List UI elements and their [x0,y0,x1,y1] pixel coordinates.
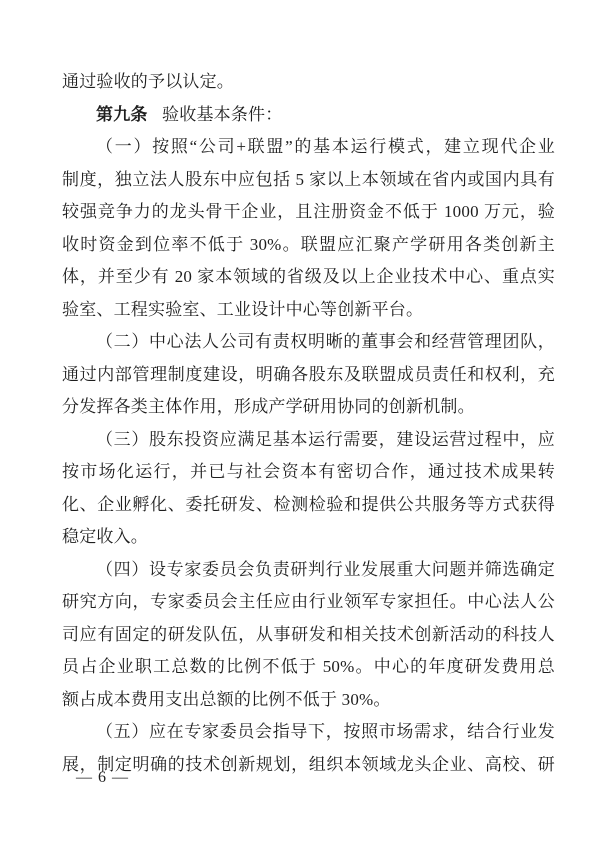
line-text: 稳定收入。 [62,527,148,546]
text-line: 分发挥各类主体作用，形成产学研用协同的创新机制。 [62,391,555,424]
line-text: 分发挥各类主体作用，形成产学研用协同的创新机制。 [62,397,475,416]
line-text: 验室、工程实验室、工业设计中心等创新平台。 [62,300,423,319]
line-text: 员占企业职工总数的比例不低于 50%。中心的年度研发费用总 [62,657,555,676]
text-line: （三）股东投资应满足基本运行需要，建设运营过程中，应 [62,424,555,457]
text-line: 较强竞争力的龙头骨干企业，且注册资金不低于 1000 万元，验 [62,196,555,229]
line-text: 按市场化运行，并已与社会资本有密切合作，通过技术成果转 [62,462,555,481]
text-line: 通过验收的予以认定。 [62,66,555,99]
line-text: 司应有固定的研发队伍，从事研发和相关技术创新活动的科技人 [62,625,555,644]
line-text: 展，制定明确的技术创新规划，组织本领域龙头企业、高校、研 [62,755,555,774]
line-text: 收时资金到位率不低于 30%。联盟应汇聚产学研用各类创新主 [62,235,555,254]
text-line: （五）应在专家委员会指导下，按照市场需求，结合行业发 [62,716,555,749]
text-line: 展，制定明确的技术创新规划，组织本领域龙头企业、高校、研 [62,749,555,782]
article-number-label: 第九条 [96,105,148,124]
text-line: 员占企业职工总数的比例不低于 50%。中心的年度研发费用总 [62,651,555,684]
document-page: 通过验收的予以认定。第九条验收基本条件：（一）按照“公司+联盟”的基本运行模式，… [0,0,616,851]
text-line: 按市场化运行，并已与社会资本有密切合作，通过技术成果转 [62,456,555,489]
text-line: 第九条验收基本条件： [62,99,555,132]
line-text: 研究方向，专家委员会主任应由行业领军专家担任。中心法人公 [62,592,555,611]
text-line: （四）设专家委员会负责研判行业发展重大问题并筛选确定 [62,554,555,587]
line-text: （三）股东投资应满足基本运行需要，建设运营过程中，应 [96,430,555,449]
line-text: （四）设专家委员会负责研判行业发展重大问题并筛选确定 [96,560,555,579]
line-text: 制度，独立法人股东中应包括 5 家以上本领域在省内或国内具有 [62,170,555,189]
line-text: （二）中心法人公司有责权明晰的董事会和经营管理团队， [96,332,555,351]
text-line: 收时资金到位率不低于 30%。联盟应汇聚产学研用各类创新主 [62,229,555,262]
line-text: 验收基本条件： [162,105,282,124]
line-text: 通过内部管理制度建设，明确各股东及联盟成员责任和权利，充 [62,365,555,384]
line-text: （五）应在专家委员会指导下，按照市场需求，结合行业发 [96,722,555,741]
text-line: 化、企业孵化、委托研发、检测检验和提供公共服务等方式获得 [62,489,555,522]
text-line: （一）按照“公司+联盟”的基本运行模式，建立现代企业 [62,131,555,164]
text-line: 稳定收入。 [62,521,555,554]
text-line: 额占成本费用支出总额的比例不低于 30%。 [62,684,555,717]
text-line: 研究方向，专家委员会主任应由行业领军专家担任。中心法人公 [62,586,555,619]
text-line: （二）中心法人公司有责权明晰的董事会和经营管理团队， [62,326,555,359]
text-line: 验室、工程实验室、工业设计中心等创新平台。 [62,294,555,327]
line-text: 额占成本费用支出总额的比例不低于 30%。 [62,690,391,709]
text-line: 司应有固定的研发队伍，从事研发和相关技术创新活动的科技人 [62,619,555,652]
line-text: 通过验收的予以认定。 [62,72,234,91]
line-text: 化、企业孵化、委托研发、检测检验和提供公共服务等方式获得 [62,495,555,514]
line-text: （一）按照“公司+联盟”的基本运行模式，建立现代企业 [96,137,555,156]
line-text: 较强竞争力的龙头骨干企业，且注册资金不低于 1000 万元，验 [62,202,555,221]
document-body: 通过验收的予以认定。第九条验收基本条件：（一）按照“公司+联盟”的基本运行模式，… [62,66,555,781]
page-number: — 6 — [76,766,129,790]
text-line: 制度，独立法人股东中应包括 5 家以上本领域在省内或国内具有 [62,164,555,197]
line-text: 体，并至少有 20 家本领域的省级及以上企业技术中心、重点实 [62,267,555,286]
text-line: 体，并至少有 20 家本领域的省级及以上企业技术中心、重点实 [62,261,555,294]
text-line: 通过内部管理制度建设，明确各股东及联盟成员责任和权利，充 [62,359,555,392]
